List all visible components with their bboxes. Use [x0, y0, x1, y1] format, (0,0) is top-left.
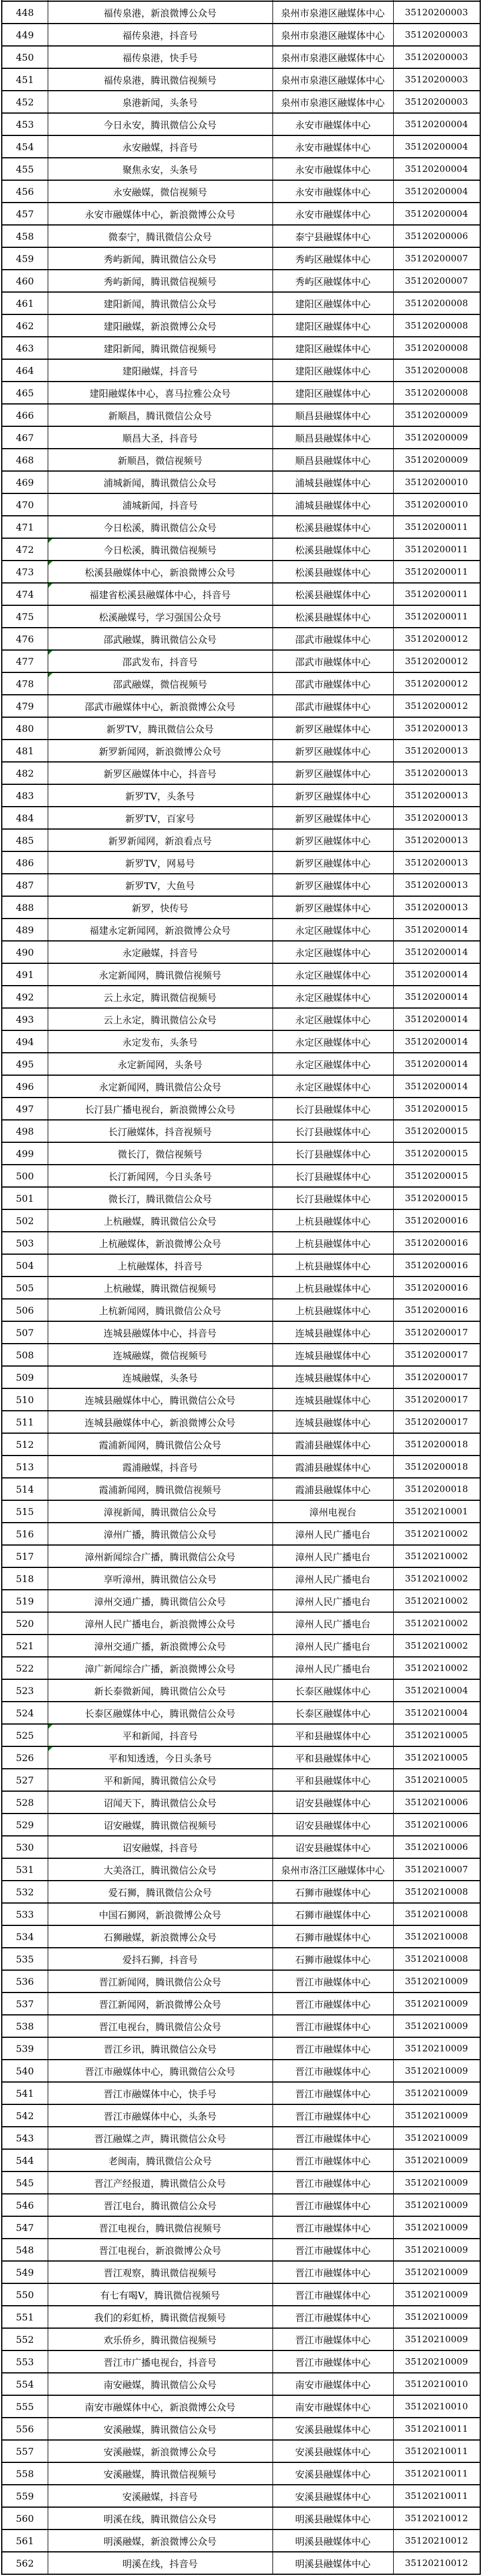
table-row: 560 明溪在线，腾讯微信公众号 明溪县融媒体中心 35120210012 [2, 2507, 480, 2529]
table-row: 506 上杭新闻网，腾讯微信公众号 上杭县融媒体中心 35120200016 [2, 1299, 480, 1321]
organization-name: 顺昌县融媒体中心 [295, 433, 370, 444]
license-code-cell: 35120200014 [393, 1030, 480, 1053]
table-row: 482 新罗区融媒体中心，抖音号 新罗区融媒体中心 35120200013 [2, 762, 480, 784]
row-number-cell: 490 [2, 941, 48, 963]
account-name-cell: 永安市融媒体中心，新浪微博公众号 [48, 203, 272, 225]
account-name-cell: 明溪在线，腾讯微信公众号 [48, 2507, 272, 2529]
account-name-cell: 上杭融媒，腾讯微信公众号 [48, 1209, 272, 1232]
row-number: 496 [16, 1081, 34, 1092]
license-code: 35120200013 [405, 790, 468, 801]
row-number-cell: 481 [2, 740, 48, 762]
table-row: 536 晋江新闻网，腾讯微信公众号 晋江市融媒体中心 35120210009 [2, 1970, 480, 1992]
table-row: 513 霞浦融媒，抖音号 霞浦县融媒体中心 35120200018 [2, 1456, 480, 1478]
table-row: 451 福传泉港，腾讯微信视频号 泉州市泉港区融媒体中心 35120200003 [2, 68, 480, 91]
account-name-cell: 福传泉港，快手号 [48, 46, 272, 68]
table-row: 529 诏安融媒，腾讯微信视频号 诏安县融媒体中心 35120210006 [2, 1814, 480, 1836]
organization-name: 安溪县融媒体中心 [295, 2446, 370, 2458]
license-code: 35120200017 [405, 1372, 468, 1383]
organization-name: 松溪县融媒体中心 [295, 567, 370, 578]
organization-cell: 顺昌县融媒体中心 [272, 426, 393, 449]
organization-cell: 平和县融媒体中心 [272, 1746, 393, 1769]
organization-cell: 长泰区融媒体中心 [272, 1679, 393, 1702]
organization-name: 漳州人民广播电台 [295, 1641, 370, 1652]
organization-name: 长泰区融媒体中心 [295, 1686, 370, 1697]
table-row: 520 漳州人民广播电台，新浪微博公众号 漳州人民广播电台 3512021000… [2, 1612, 480, 1635]
row-number-cell: 495 [2, 1053, 48, 1075]
license-code: 35120200018 [405, 1461, 468, 1472]
license-code-cell: 35120200015 [393, 1098, 480, 1120]
organization-name: 漳州人民广播电台 [295, 1663, 370, 1675]
row-number-cell: 493 [2, 1008, 48, 1030]
organization-cell: 建阳区融媒体中心 [272, 292, 393, 314]
organization-cell: 新罗区融媒体中心 [272, 740, 393, 762]
account-name: 平和新闻，腾讯微信公众号 [104, 1775, 217, 1786]
row-number-cell: 554 [2, 2373, 48, 2395]
license-code: 35120200012 [405, 678, 468, 689]
organization-name: 泉州市泉港区融媒体中心 [281, 52, 384, 64]
license-code: 35120210009 [405, 2312, 468, 2322]
license-code-cell: 35120200015 [393, 1187, 480, 1209]
account-name-cell: 霞浦新闻网，腾讯微信公众号 [48, 1433, 272, 1456]
license-code: 35120210006 [405, 1819, 468, 1830]
license-code-cell: 35120210009 [393, 2060, 480, 2082]
row-number-cell: 451 [2, 68, 48, 91]
license-code: 35120210011 [405, 2491, 468, 2501]
account-name: 福建永定新闻网，新浪微博公众号 [89, 925, 231, 936]
account-name-cell: 平和新闻，腾讯微信公众号 [48, 1769, 272, 1791]
license-code-cell: 35120210002 [393, 1635, 480, 1657]
table-row: 555 南安市融媒体中心，新浪微博公众号 南安市融媒体中心 3512021001… [2, 2395, 480, 2418]
row-number: 471 [16, 522, 34, 533]
row-number-cell: 496 [2, 1075, 48, 1098]
row-number: 475 [16, 611, 34, 622]
organization-name: 顺昌县融媒体中心 [295, 410, 370, 422]
row-number: 558 [16, 2468, 34, 2479]
account-name-cell: 晋江电视台，腾讯微信公众号 [48, 2015, 272, 2037]
account-name-cell: 漳州交通广播，新浪微博公众号 [48, 1635, 272, 1657]
row-number-cell: 530 [2, 1836, 48, 1858]
account-name: 今日松溪，腾讯微信公众号 [104, 522, 217, 533]
organization-cell: 明溪县融媒体中心 [272, 2507, 393, 2529]
row-number-cell: 453 [2, 113, 48, 135]
license-code: 35120210009 [405, 2155, 468, 2166]
row-number: 561 [16, 2535, 34, 2547]
license-code-cell: 35120200016 [393, 1209, 480, 1232]
account-name: 霞浦新闻网，腾讯微信公众号 [99, 1440, 221, 1451]
account-name-cell: 建阳新闻，腾讯微信公众号 [48, 292, 272, 314]
license-code: 35120200013 [405, 902, 468, 913]
organization-name: 永安市融媒体中心 [295, 209, 370, 220]
organization-name: 晋江市融媒体中心 [295, 2245, 370, 2256]
account-name: 松溪融媒号，学习强国公众号 [99, 612, 221, 623]
organization-cell: 晋江市融媒体中心 [272, 2239, 393, 2261]
license-code-cell: 35120210002 [393, 1612, 480, 1635]
table-row: 500 长汀新闻网，今日头条号 长汀县融媒体中心 35120200015 [2, 1165, 480, 1187]
license-code: 35120200014 [405, 924, 468, 935]
account-name-cell: 新罗TV，腾讯微信公众号 [48, 717, 272, 740]
license-code-cell: 35120200017 [393, 1321, 480, 1344]
license-code: 35120200014 [405, 947, 468, 957]
account-name: 长汀县广播电视台，新浪微博公众号 [85, 1104, 235, 1115]
table-row: 477 邵武发布，抖音号 邵武市融媒体中心 35120200012 [2, 650, 480, 672]
license-code: 35120200014 [405, 1081, 468, 1092]
account-name-cell: 长汀融媒体，抖音视频号 [48, 1120, 272, 1142]
organization-cell: 晋江市融媒体中心 [272, 2261, 393, 2283]
table-row: 554 南安融媒，腾讯微信公众号 南安市融媒体中心 35120210010 [2, 2373, 480, 2395]
license-code-cell: 35120210009 [393, 2015, 480, 2037]
organization-name: 上杭县融媒体中心 [295, 1305, 370, 1317]
row-number-cell: 542 [2, 2104, 48, 2127]
table-row: 490 永定融媒，抖音号 永定区融媒体中心 35120200014 [2, 941, 480, 963]
license-code-cell: 35120210012 [393, 2552, 480, 2574]
account-name: 建阳新闻，腾讯微信视频号 [104, 343, 217, 354]
organization-name: 建阳区融媒体中心 [295, 343, 370, 354]
account-name-cell: 今日松溪，腾讯微信视频号 [48, 538, 272, 561]
organization-cell: 永定区融媒体中心 [272, 1053, 393, 1075]
license-code-cell: 35120210007 [393, 1858, 480, 1881]
row-number-cell: 488 [2, 896, 48, 919]
row-number-cell: 537 [2, 1992, 48, 2015]
organization-name: 漳州人民广播电台 [295, 1574, 370, 1585]
organization-name: 晋江市融媒体中心 [295, 2267, 370, 2279]
account-name: 长泰区融媒体中心，腾讯微信公众号 [85, 1708, 235, 1719]
organization-cell: 泉州市洛江区融媒体中心 [272, 1858, 393, 1881]
row-number-cell: 548 [2, 2239, 48, 2261]
license-code: 35120210009 [405, 2356, 468, 2367]
organization-cell: 松溪县融媒体中心 [272, 561, 393, 583]
row-number-cell: 543 [2, 2127, 48, 2149]
organization-name: 邵武市融媒体中心 [295, 657, 370, 668]
table-row: 537 晋江新闻网，新浪微博公众号 晋江市融媒体中心 35120210009 [2, 1992, 480, 2015]
license-code: 35120200004 [405, 141, 468, 152]
account-name: 爱石狮，腾讯微信公众号 [108, 1887, 212, 1898]
organization-name: 长汀县融媒体中心 [295, 1149, 370, 1160]
row-number-cell: 509 [2, 1366, 48, 1388]
license-code-cell: 35120210004 [393, 1702, 480, 1724]
organization-name: 顺昌县融媒体中心 [295, 455, 370, 466]
license-code-cell: 35120210009 [393, 2037, 480, 2060]
table-row: 478 邵武融媒，微信视频号 邵武市融媒体中心 35120200012 [2, 672, 480, 695]
organization-name: 松溪县融媒体中心 [295, 522, 370, 533]
row-number-cell: 504 [2, 1254, 48, 1277]
account-name-cell: 永安融媒，微信视频号 [48, 180, 272, 203]
license-code: 35120200008 [405, 387, 468, 398]
account-name: 爱抖石狮，抖音号 [122, 1954, 198, 1965]
organization-cell: 长汀县融媒体中心 [272, 1120, 393, 1142]
license-code-cell: 35120200004 [393, 113, 480, 135]
row-number: 454 [16, 141, 34, 152]
account-name: 漳州交通广播，新浪微博公众号 [94, 1641, 226, 1652]
license-code-cell: 35120200007 [393, 247, 480, 270]
organization-cell: 泉州市泉港区融媒体中心 [272, 24, 393, 46]
account-name: 上杭融媒体，新浪微博公众号 [99, 1238, 221, 1249]
row-number-cell: 528 [2, 1791, 48, 1814]
organization-cell: 明溪县融媒体中心 [272, 2552, 393, 2574]
row-number: 460 [16, 276, 34, 287]
organization-name: 永安市融媒体中心 [295, 120, 370, 131]
account-name: 福传泉港，新浪微博公众号 [104, 8, 217, 19]
account-name: 永定融媒，抖音号 [122, 947, 198, 959]
account-name-cell: 漳州新闻综合广播，腾讯微信公众号 [48, 1545, 272, 1567]
table-row: 466 新顺昌，腾讯微信公众号 顺昌县融媒体中心 35120200009 [2, 404, 480, 426]
account-name: 邵武市融媒体中心，新浪微博公众号 [85, 701, 235, 712]
row-number-cell: 553 [2, 2350, 48, 2373]
account-name: 连城县融媒体中心，抖音号 [104, 1328, 217, 1339]
license-code-cell: 35120200008 [393, 382, 480, 404]
license-code-cell: 35120200003 [393, 1, 480, 24]
table-row: 544 老闽南，腾讯微信公众号 晋江市融媒体中心 35120210009 [2, 2149, 480, 2171]
organization-name: 连城县融媒体中心 [295, 1350, 370, 1361]
account-name: 平和知透透，今日头条号 [108, 1753, 212, 1764]
license-code-cell: 35120200016 [393, 1232, 480, 1254]
license-code-cell: 35120210011 [393, 2418, 480, 2440]
account-name: 晋江产经报道，腾讯微信公众号 [94, 2178, 226, 2189]
account-name: 有七有喝V，腾讯微信视频号 [100, 2290, 220, 2301]
row-number: 510 [16, 1394, 34, 1405]
organization-cell: 泉州市泉港区融媒体中心 [272, 1, 393, 24]
account-name-cell: 浦城新闻，腾讯微信公众号 [48, 471, 272, 493]
organization-name: 永安市融媒体中心 [295, 187, 370, 198]
row-number: 450 [16, 52, 34, 63]
table-row: 556 安溪融媒，腾讯微信公众号 安溪县融媒体中心 35120210011 [2, 2418, 480, 2440]
account-name: 上杭新闻网，腾讯微信公众号 [99, 1305, 221, 1317]
license-code: 35120210005 [405, 1752, 468, 1763]
organization-cell: 永定区融媒体中心 [272, 986, 393, 1008]
row-number-cell: 459 [2, 247, 48, 270]
account-name: 南安市融媒体中心，新浪微博公众号 [85, 2402, 235, 2413]
license-code: 35120200013 [405, 745, 468, 756]
account-name-cell: 漳广新闻综合广播，新浪微博公众号 [48, 1657, 272, 1679]
organization-cell: 晋江市融媒体中心 [272, 2216, 393, 2239]
account-name-cell: 连城县融媒体中心，腾讯微信公众号 [48, 1388, 272, 1411]
license-code: 35120200007 [405, 276, 468, 286]
organization-cell: 永安市融媒体中心 [272, 135, 393, 158]
license-code-cell: 35120200010 [393, 493, 480, 516]
table-row: 472 今日松溪，腾讯微信视频号 松溪县融媒体中心 35120200011 [2, 538, 480, 561]
license-code-cell: 35120200013 [393, 829, 480, 851]
organization-cell: 泉州市泉港区融媒体中心 [272, 91, 393, 113]
license-code-cell: 35120210002 [393, 1523, 480, 1545]
row-number: 463 [16, 343, 34, 354]
license-code-cell: 35120210005 [393, 1724, 480, 1746]
organization-cell: 建阳区融媒体中心 [272, 314, 393, 337]
row-number: 487 [16, 880, 34, 891]
license-code-cell: 35120210009 [393, 2194, 480, 2216]
account-name-cell: 晋江新闻网，新浪微博公众号 [48, 1992, 272, 2015]
account-name: 长汀新闻网，今日头条号 [108, 1171, 212, 1182]
row-number: 461 [16, 298, 34, 309]
account-name-cell: 永定新闻网，腾讯微信公众号 [48, 1075, 272, 1098]
row-number-cell: 480 [2, 717, 48, 740]
organization-name: 诏安县融媒体中心 [295, 1842, 370, 1854]
table-row: 496 永定新闻网，腾讯微信公众号 永定区融媒体中心 35120200014 [2, 1075, 480, 1098]
row-number-cell: 532 [2, 1881, 48, 1903]
account-name: 建阳新闻，腾讯微信公众号 [104, 299, 217, 310]
table-row: 519 漳州交通广播，腾讯微信公众号 漳州人民广播电台 35120210002 [2, 1590, 480, 1612]
account-name: 建阳融媒体中心，喜马拉雅公众号 [89, 388, 231, 399]
license-code: 35120210004 [405, 1685, 468, 1696]
table-row: 494 永定发布，头条号 永定区融媒体中心 35120200014 [2, 1030, 480, 1053]
table-row: 559 安溪融媒，抖音号 安溪县融媒体中心 35120210011 [2, 2485, 480, 2507]
account-name: 新罗TV，大鱼号 [125, 880, 195, 891]
license-code: 35120210008 [405, 1909, 468, 1919]
account-name-cell: 欢乐侨乡，腾讯微信视频号 [48, 2328, 272, 2350]
account-name: 晋江融媒之声，腾讯微信公众号 [94, 2133, 226, 2144]
license-code: 35120200012 [405, 701, 468, 711]
account-name-cell: 福传泉港，抖音号 [48, 24, 272, 46]
row-number-cell: 550 [2, 2283, 48, 2306]
license-code-cell: 35120210004 [393, 1679, 480, 1702]
table-row: 517 漳州新闻综合广播，腾讯微信公众号 漳州人民广播电台 3512021000… [2, 1545, 480, 1567]
license-code: 35120210008 [405, 1887, 468, 1897]
organization-cell: 新罗区融媒体中心 [272, 807, 393, 829]
table-row: 539 晋江乡讯，腾讯微信公众号 晋江市融媒体中心 35120210009 [2, 2037, 480, 2060]
row-number-cell: 477 [2, 650, 48, 672]
row-number: 514 [16, 1484, 34, 1495]
account-name-cell: 新罗TV，网易号 [48, 851, 272, 874]
row-number-cell: 514 [2, 1478, 48, 1500]
row-number-cell: 555 [2, 2395, 48, 2418]
row-number-cell: 540 [2, 2060, 48, 2082]
row-number-cell: 505 [2, 1277, 48, 1299]
row-number: 485 [16, 835, 34, 846]
organization-name: 晋江市融媒体中心 [295, 2111, 370, 2122]
organization-cell: 晋江市融媒体中心 [272, 2015, 393, 2037]
organization-name: 霞浦县融媒体中心 [295, 1440, 370, 1451]
organization-name: 泉州市泉港区融媒体中心 [281, 75, 384, 86]
organization-cell: 平和县融媒体中心 [272, 1724, 393, 1746]
license-code-cell: 35120210008 [393, 1948, 480, 1970]
account-name-cell: 爱抖石狮，抖音号 [48, 1948, 272, 1970]
account-name-cell: 邵武融媒，微信视频号 [48, 672, 272, 695]
license-code: 35120200009 [405, 455, 468, 465]
table-row: 457 永安市融媒体中心，新浪微博公众号 永安市融媒体中心 3512020000… [2, 203, 480, 225]
row-number-cell: 513 [2, 1456, 48, 1478]
table-row: 541 晋江市融媒体中心，快手号 晋江市融媒体中心 35120210009 [2, 2082, 480, 2104]
license-code: 35120200014 [405, 1036, 468, 1047]
license-code-cell: 35120200013 [393, 762, 480, 784]
license-code-cell: 35120210008 [393, 1903, 480, 1925]
account-name-cell: 微长汀，微信视频号 [48, 1142, 272, 1165]
account-name: 邵武融媒，微信视频号 [113, 679, 207, 690]
organization-cell: 漳州人民广播电台 [272, 1590, 393, 1612]
row-number: 449 [16, 29, 34, 41]
organization-cell: 晋江市融媒体中心 [272, 2037, 393, 2060]
table-row: 527 平和新闻，腾讯微信公众号 平和县融媒体中心 35120210005 [2, 1769, 480, 1791]
table-row: 507 连城县融媒体中心，抖音号 连城县融媒体中心 35120200017 [2, 1321, 480, 1344]
account-name: 新罗TV，头条号 [125, 791, 195, 802]
row-number-cell: 464 [2, 359, 48, 382]
license-code-cell: 35120200009 [393, 426, 480, 449]
account-name: 新罗新闻网，新浪微博公众号 [99, 746, 221, 757]
account-name-cell: 聚焦永安，头条号 [48, 158, 272, 180]
table-row: 467 顺昌大圣，抖音号 顺昌县融媒体中心 35120200009 [2, 426, 480, 449]
license-code-cell: 35120200017 [393, 1344, 480, 1366]
row-number-cell: 487 [2, 874, 48, 896]
account-name: 微泰宁，腾讯微信公众号 [108, 231, 212, 243]
row-number: 464 [16, 365, 34, 376]
row-number: 512 [16, 1439, 34, 1450]
organization-name: 晋江市融媒体中心 [295, 2223, 370, 2234]
license-code-cell: 35120200014 [393, 1053, 480, 1075]
organization-name: 建阳区融媒体中心 [295, 321, 370, 332]
organization-name: 晋江市融媒体中心 [295, 2290, 370, 2301]
license-code: 35120200003 [405, 7, 468, 18]
license-code: 35120200013 [405, 768, 468, 778]
account-name-cell: 长汀县广播电视台，新浪微博公众号 [48, 1098, 272, 1120]
organization-name: 浦城县融媒体中心 [295, 478, 370, 489]
organization-name: 漳州人民广播电台 [295, 1619, 370, 1630]
organization-name: 泰宁县融媒体中心 [295, 231, 370, 243]
account-name: 福建省松溪县融媒体中心，抖音号 [89, 589, 231, 601]
row-number-cell: 498 [2, 1120, 48, 1142]
organization-cell: 安溪县融媒体中心 [272, 2418, 393, 2440]
organization-cell: 永定区融媒体中心 [272, 1008, 393, 1030]
organization-name: 新罗区融媒体中心 [295, 836, 370, 847]
account-name-cell: 建阳融媒，新浪微博公众号 [48, 314, 272, 337]
organization-cell: 晋江市融媒体中心 [272, 2127, 393, 2149]
organization-cell: 顺昌县融媒体中心 [272, 449, 393, 471]
row-number-cell: 506 [2, 1299, 48, 1321]
row-number: 517 [16, 1551, 34, 1562]
table-row: 476 邵武融媒，腾讯微信公众号 邵武市融媒体中心 35120200012 [2, 628, 480, 650]
license-code: 35120200017 [405, 1327, 468, 1338]
account-name: 晋江电视台，腾讯微信视频号 [99, 2223, 221, 2234]
table-row: 449 福传泉港，抖音号 泉州市泉港区融媒体中心 35120200003 [2, 24, 480, 46]
account-name: 泉港新闻，头条号 [122, 97, 198, 108]
row-number-cell: 560 [2, 2507, 48, 2529]
organization-cell: 石狮市融媒体中心 [272, 1881, 393, 1903]
license-code-cell: 35120210009 [393, 1970, 480, 1992]
account-name: 诏闻天下，腾讯微信公众号 [104, 1798, 217, 1809]
license-code: 35120210002 [405, 1596, 468, 1606]
row-number: 473 [16, 566, 34, 578]
error-marker-icon [48, 561, 52, 565]
account-name: 安溪融媒，腾讯微信公众号 [104, 2424, 217, 2435]
row-number: 554 [16, 2379, 34, 2390]
row-number: 543 [16, 2133, 34, 2144]
row-number-cell: 529 [2, 1814, 48, 1836]
account-name-cell: 新长泰微新闻，腾讯微信公众号 [48, 1679, 272, 1702]
row-number-cell: 499 [2, 1142, 48, 1165]
license-code-cell: 35120200016 [393, 1277, 480, 1299]
account-name: 永定新闻网，腾讯微信公众号 [99, 1082, 221, 1093]
organization-cell: 秀屿区融媒体中心 [272, 247, 393, 270]
license-code-cell: 35120210002 [393, 1567, 480, 1590]
account-name-cell: 福传泉港，腾讯微信视频号 [48, 68, 272, 91]
organization-name: 邵武市融媒体中心 [295, 634, 370, 645]
row-number-cell: 501 [2, 1187, 48, 1209]
account-name-cell: 连城融媒，微信视频号 [48, 1344, 272, 1366]
license-code: 35120210008 [405, 1954, 468, 1964]
organization-name: 晋江市融媒体中心 [295, 2066, 370, 2077]
license-code: 35120200003 [405, 74, 468, 85]
row-number: 526 [16, 1752, 34, 1763]
organization-name: 建阳区融媒体中心 [295, 299, 370, 310]
account-name-cell: 安溪融媒，新浪微博公众号 [48, 2440, 272, 2462]
organization-name: 明溪县融媒体中心 [295, 2536, 370, 2547]
table-row: 505 上杭融媒，腾讯微信视频号 上杭县融媒体中心 35120200016 [2, 1277, 480, 1299]
organization-cell: 泉州市泉港区融媒体中心 [272, 68, 393, 91]
account-name: 平和新闻，抖音号 [122, 1730, 198, 1742]
license-code: 35120200012 [405, 634, 468, 644]
organization-cell: 霞浦县融媒体中心 [272, 1456, 393, 1478]
table-row: 462 建阳融媒，新浪微博公众号 建阳区融媒体中心 35120200008 [2, 314, 480, 337]
row-number-cell: 471 [2, 516, 48, 538]
license-code: 35120200008 [405, 343, 468, 353]
account-name-cell: 新顺昌，微信视频号 [48, 449, 272, 471]
row-number-cell: 466 [2, 404, 48, 426]
